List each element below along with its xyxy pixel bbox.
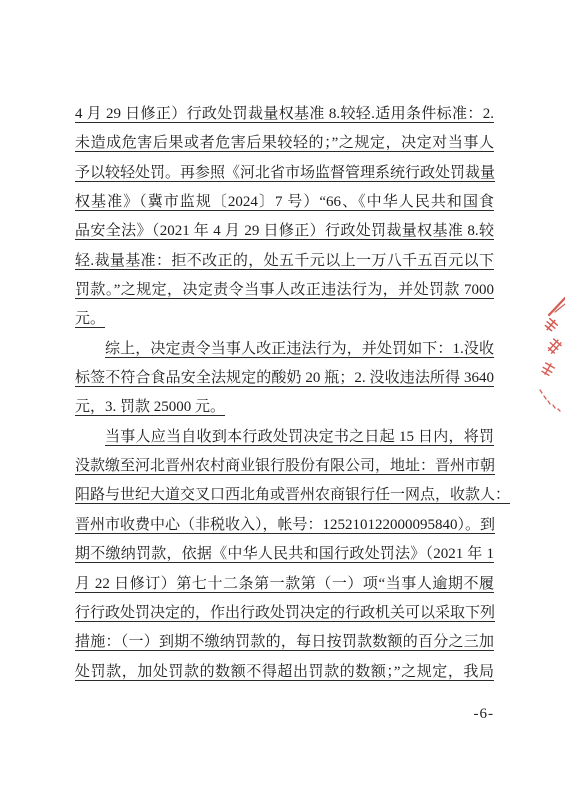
text-line: 标签不符合食品安全法规定的酸奶 20 瓶；2. 没收违法所得 3640 [75, 364, 494, 393]
text-line: 元，3. 罚款 25000 元。 [75, 393, 494, 422]
text-line: 月 22 日修订）第七十二条第一款第（一）项“当事人逾期不履 [75, 570, 494, 599]
page-number: -6- [474, 706, 495, 723]
text-line: 行行政处罚决定的，作出行政处罚决定的行政机关可以采取下列 [75, 599, 494, 628]
text-line: 晋州市收费中心（非税收入），帐号：125210122000095840）。到 [75, 511, 494, 540]
text-line: 综上，决定责令当事人改正违法行为，并处罚如下：1.没收 [75, 335, 494, 364]
text-line: 措施：（一）到期不缴纳罚款的，每日按罚款数额的百分之三加 [75, 628, 494, 657]
text-line: 4 月 29 日修正）行政处罚裁量权基准 8.较轻.适用条件标准：2. [75, 100, 494, 129]
text-line: 当事人应当自收到本行政处罚决定书之日起 15 日内，将罚 [75, 423, 494, 452]
text-line: 予以较轻处罚。再参照《河北省市场监督管理系统行政处罚裁量 [75, 159, 494, 188]
text-line: 期不缴纳罚款，依据《中华人民共和国行政处罚法》（2021 年 1 [75, 540, 494, 569]
text-line: 品安全法》（2021 年 4 月 29 日修正）行政处罚裁量权基准 8.较 [75, 217, 494, 246]
document-page: 4 月 29 日修正）行政处罚裁量权基准 8.较轻.适用条件标准：2. 未造成危… [0, 0, 565, 800]
text-line: 未造成危害后果或者危害后果较轻的；”之规定，决定对当事人 [75, 129, 494, 158]
body-text: 4 月 29 日修正）行政处罚裁量权基准 8.较轻.适用条件标准：2. 未造成危… [75, 100, 494, 687]
text-line: 权基准》（冀市监规〔2024〕7 号）“66、《中华人民共和国食 [75, 188, 494, 217]
text-line: 罚款。”之规定，决定责令当事人改正违法行为，并处罚款 7000 [75, 276, 494, 305]
text-line: 轻.裁量基准：拒不改正的，处五千元以上一万八千五百元以下 [75, 247, 494, 276]
text-line: 元。 [75, 305, 494, 334]
official-seal-stamp-icon [525, 278, 565, 428]
text-line: 处罚款，加处罚款的数额不得超出罚款的数额；”之规定，我局 [75, 658, 494, 687]
text-line: 没款缴至河北晋州农村商业银行股份有限公司，地址：晋州市朝 [75, 452, 494, 481]
text-line: 阳路与世纪大道交叉口西北角或晋州农商银行任一网点，收款人： [75, 481, 494, 510]
